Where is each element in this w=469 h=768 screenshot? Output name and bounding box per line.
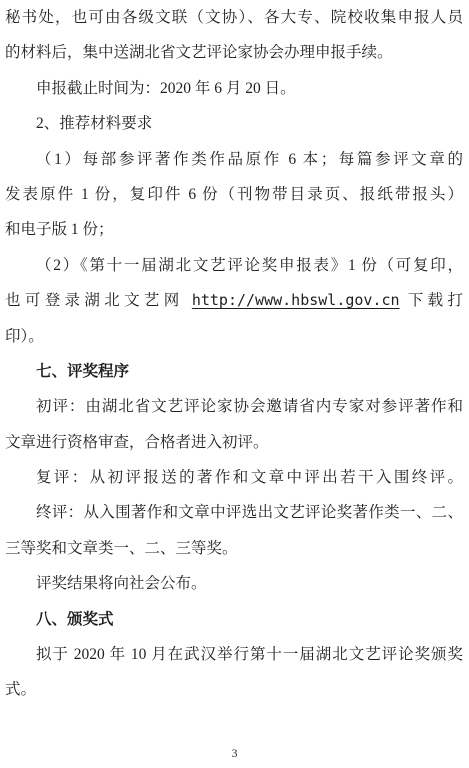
list-item-label: 2、推荐材料要求 <box>5 106 463 141</box>
page-number: 3 <box>0 746 469 760</box>
text-line: 初评：由湖北省文艺评论家协会邀请省内专家对参评著作和 <box>5 389 463 424</box>
text-line: 秘书处，也可由各级文联（文协）、各大专、院校收集申报人员 <box>5 0 463 35</box>
text-segment: 也可登录湖北文艺网 <box>5 292 192 309</box>
text-line: 三等奖和文章类一、二、三等奖。 <box>5 531 463 566</box>
text-line: 和电子版 1 份； <box>5 212 463 247</box>
hyperlink-url[interactable]: http://www.hbswl.gov.cn <box>192 291 400 309</box>
text-line: 复评：从初评报送的著作和文章中评出若干入围终评。 <box>5 460 463 495</box>
text-line: 评奖结果将向社会公布。 <box>5 566 463 601</box>
text-segment: 下载打 <box>400 292 463 309</box>
section-heading-8: 八、颁奖式 <box>5 602 463 637</box>
text-line: （1）每部参评著作类作品原作 6 本；每篇参评文章的 <box>5 142 463 177</box>
text-line: 发表原件 1 份，复印件 6 份（刊物带目录页、报纸带报头） <box>5 177 463 212</box>
text-line: 文章进行资格审查，合格者进入初评。 <box>5 425 463 460</box>
text-line: 印）。 <box>5 319 463 354</box>
text-line: （2）《第十一届湖北文艺评论奖申报表》1 份（可复印， <box>5 248 463 283</box>
text-line: 申报截止时间为：2020 年 6 月 20 日。 <box>5 71 463 106</box>
text-line: 式。 <box>5 672 463 707</box>
text-line: 终评：从入围著作和文章中评选出文艺评论奖著作类一、二、 <box>5 495 463 530</box>
text-line: 的材料后，集中送湖北省文艺评论家协会办理申报手续。 <box>5 35 463 70</box>
text-line: 拟于 2020 年 10 月在武汉举行第十一届湖北文艺评论奖颁奖 <box>5 637 463 672</box>
document-page: 秘书处，也可由各级文联（文协）、各大专、院校收集申报人员 的材料后，集中送湖北省… <box>0 0 469 768</box>
section-heading-7: 七、评奖程序 <box>5 354 463 389</box>
text-line-with-link: 也可登录湖北文艺网 http://www.hbswl.gov.cn 下载打 <box>5 283 463 318</box>
